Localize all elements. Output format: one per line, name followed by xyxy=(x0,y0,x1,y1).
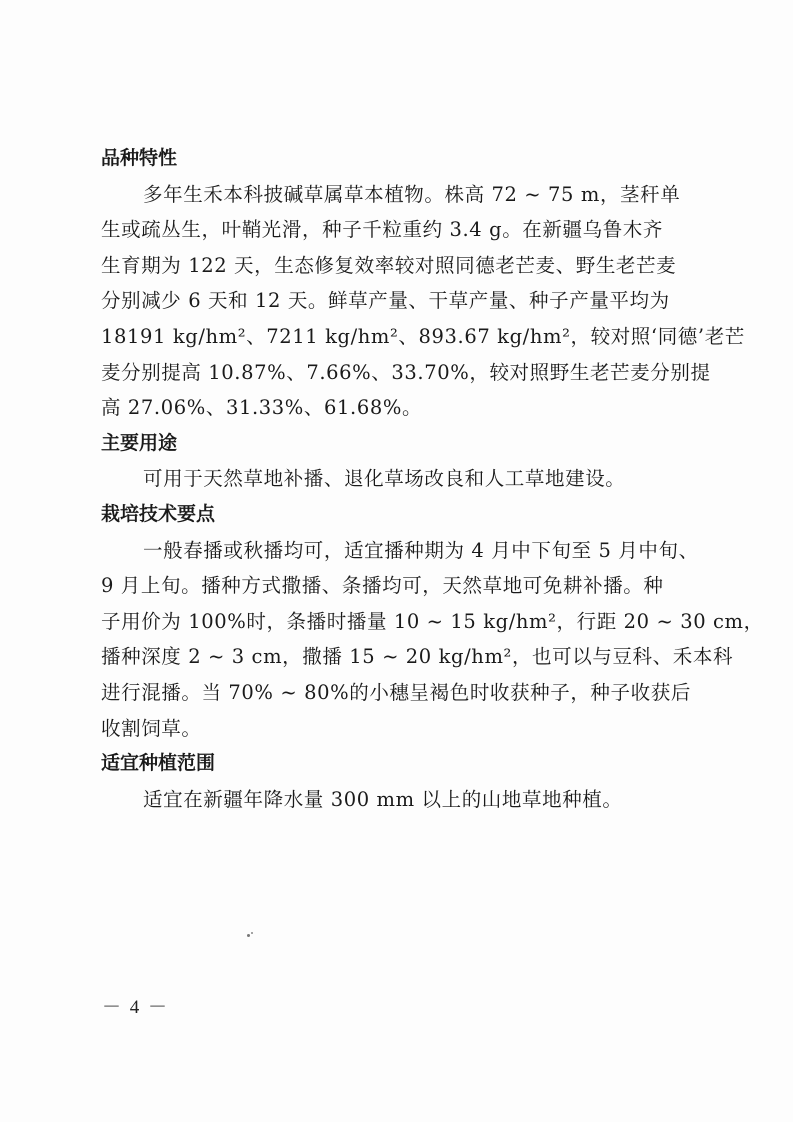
paragraph-line: 可用于天然草地补播、退化草场改良和人工草地建设。 xyxy=(101,461,696,497)
paragraph-line: 18191 kg/hm²、7211 kg/hm²、893.67 kg/hm²，较… xyxy=(101,319,696,355)
paragraph-line: 子用价为 100%时，条播时播量 10 ~ 15 kg/hm²，行距 20 ~ … xyxy=(101,604,696,640)
paragraph-line: 生育期为 122 天，生态修复效率较对照同德老芒麦、野生老芒麦 xyxy=(101,248,696,284)
section-heading-suitable-range: 适宜种植范围 xyxy=(101,746,696,782)
paragraph-line: 分别减少 6 天和 12 天。鲜草产量、干草产量、种子产量平均为 xyxy=(101,283,696,319)
paragraph-line: 麦分别提高 10.87%、7.66%、33.70%，较对照野生老芒麦分别提 xyxy=(101,355,696,391)
section-heading-cultivation-points: 栽培技术要点 xyxy=(101,497,696,533)
document-body: 品种特性 多年生禾本科披碱草属草本植物。株高 72 ~ 75 m，茎秆单 生或疏… xyxy=(101,141,696,817)
scan-speck xyxy=(247,934,250,937)
paragraph-line: 播种深度 2 ~ 3 cm，撒播 15 ~ 20 kg/hm²，也可以与豆科、禾… xyxy=(101,639,696,675)
paragraph-line: 9 月上旬。播种方式撒播、条播均可，天然草地可免耕补播。种 xyxy=(101,568,696,604)
scan-speck xyxy=(251,932,253,934)
paragraph-line: 生或疏丛生，叶鞘光滑，种子千粒重约 3.4 g。在新疆乌鲁木齐 xyxy=(101,212,696,248)
section-heading-main-uses: 主要用途 xyxy=(101,426,696,462)
paragraph-line: 一般春播或秋播均可，适宜播种期为 4 月中下旬至 5 月中旬、 xyxy=(101,533,696,569)
section-heading-variety-characteristics: 品种特性 xyxy=(101,141,696,177)
document-page: 品种特性 多年生禾本科披碱草属草本植物。株高 72 ~ 75 m，茎秆单 生或疏… xyxy=(0,0,793,1122)
page-number: － 4 － xyxy=(102,992,169,1019)
paragraph-line: 多年生禾本科披碱草属草本植物。株高 72 ~ 75 m，茎秆单 xyxy=(101,177,696,213)
paragraph-line: 进行混播。当 70% ~ 80%的小穗呈褐色时收获种子，种子收获后 xyxy=(101,675,696,711)
paragraph-line: 高 27.06%、31.33%、61.68%。 xyxy=(101,390,696,426)
paragraph-line: 收割饲草。 xyxy=(101,711,696,747)
paragraph-line: 适宜在新疆年降水量 300 mm 以上的山地草地种植。 xyxy=(101,782,696,818)
